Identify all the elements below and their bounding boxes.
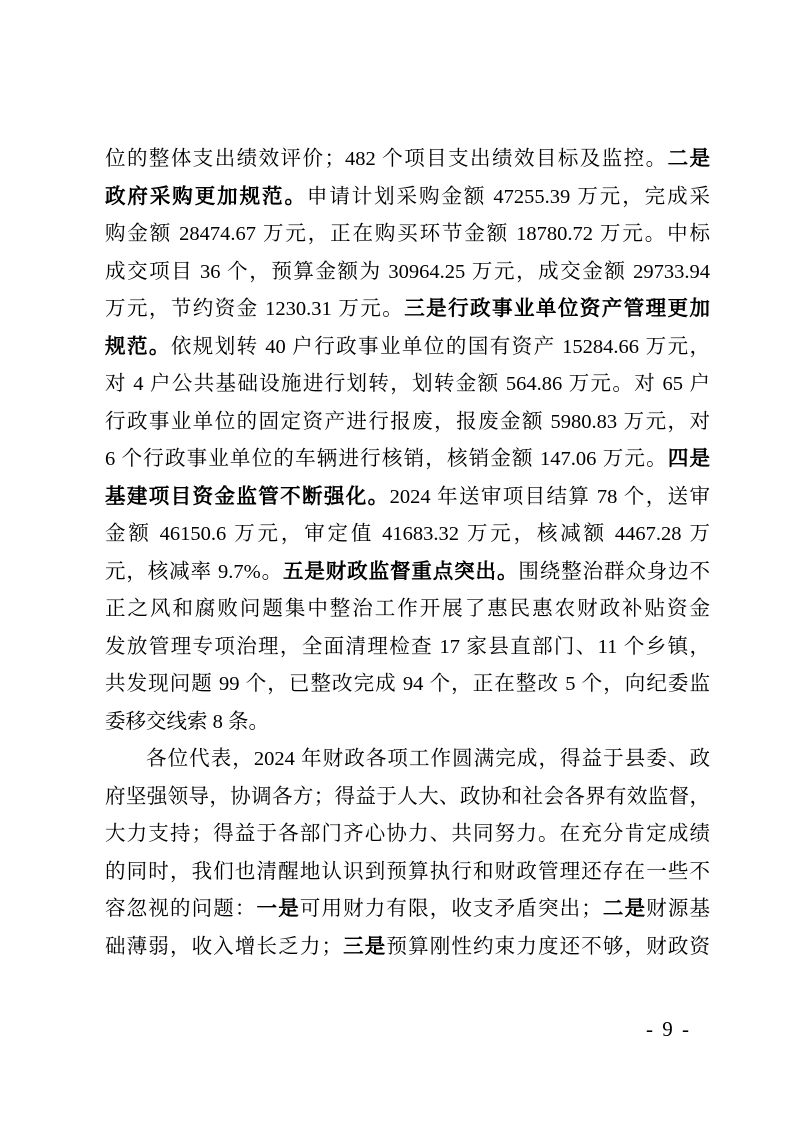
- text-line: 金额 46150.6 万元，审定值 41683.32 万元，核减额 4467.2…: [105, 516, 710, 554]
- bold-text-run: 四是: [668, 448, 710, 470]
- text-run: 成交项目 36 个，预算金额为 30964.25 万元，成交金额 29733.9…: [105, 261, 710, 283]
- text-run: 正之风和腐败问题集中整治工作开展了惠民惠农财政补贴资金: [105, 598, 710, 620]
- bold-text-run: 二是: [668, 148, 710, 170]
- text-line: 对 4 户公共基础设施进行划转，划转金额 564.86 万元。对 65 户: [105, 366, 710, 404]
- text-run: 行政事业单位的固定资产进行报废，报废金额 5980.83 万元，对: [105, 411, 710, 433]
- text-line: 位的整体支出绩效评价；482 个项目支出绩效目标及监控。二是: [105, 141, 710, 179]
- text-line: 的同时，我们也清醒地认识到预算执行和财政管理还存在一些不: [105, 854, 710, 892]
- bold-text-run: 政府采购更加规范。: [105, 186, 307, 208]
- bold-text-run: 二是: [602, 898, 646, 920]
- text-run: 位的整体支出绩效评价；482 个项目支出绩效目标及监控。: [105, 148, 668, 170]
- document-body: 位的整体支出绩效评价；482 个项目支出绩效目标及监控。二是政府采购更加规范。申…: [105, 141, 710, 966]
- text-run: 金额 46150.6 万元，审定值 41683.32 万元，核减额 4467.2…: [105, 523, 710, 545]
- text-run: 购金额 28474.67 万元，正在购买环节金额 18780.72 万元。中标: [105, 223, 710, 245]
- text-run: 对 4 户公共基础设施进行划转，划转金额 564.86 万元。对 65 户: [105, 373, 710, 395]
- text-run: 元，核减率 9.7%。: [105, 561, 283, 583]
- text-run: 6 个行政事业单位的车辆进行核销，核销金额 147.06 万元。: [105, 448, 668, 470]
- text-line: 共发现问题 99 个，已整改完成 94 个，正在整改 5 个，向纪委监: [105, 666, 710, 704]
- text-line: 基建项目资金监管不断强化。2024 年送审项目结算 78 个，送审: [105, 479, 710, 517]
- text-run: 预算刚性约束力度还不够，财政资: [386, 936, 710, 958]
- text-run: 可用财力有限，收支矛盾突出；: [300, 898, 602, 920]
- text-line: 购金额 28474.67 万元，正在购买环节金额 18780.72 万元。中标: [105, 216, 710, 254]
- text-line: 各位代表，2024 年财政各项工作圆满完成，得益于县委、政: [105, 741, 710, 779]
- text-run: 申请计划采购金额 47255.39 万元，完成采: [307, 186, 710, 208]
- text-line: 规范。依规划转 40 户行政事业单位的国有资产 15284.66 万元，: [105, 329, 710, 367]
- page-number: - 9 -: [646, 1014, 706, 1044]
- text-run: 围绕整治群众身边不: [518, 561, 710, 583]
- bold-text-run: 一是: [257, 898, 300, 920]
- bold-text-run: 三是: [342, 936, 386, 958]
- text-run: 府坚强领导，协调各方；得益于人大、政协和社会各界有效监督，: [105, 786, 710, 808]
- text-run: 各位代表，2024 年财政各项工作圆满完成，得益于县委、政: [146, 748, 710, 770]
- text-run: 万元，节约资金 1230.31 万元。: [105, 298, 404, 320]
- text-line: 元，核减率 9.7%。五是财政监督重点突出。围绕整治群众身边不: [105, 554, 710, 592]
- text-run: 的同时，我们也清醒地认识到预算执行和财政管理还存在一些不: [105, 861, 710, 883]
- bold-text-run: 规范。: [105, 336, 171, 358]
- bold-text-run: 三是行政事业单位资产管理更加: [404, 298, 710, 320]
- text-line: 行政事业单位的固定资产进行报废，报废金额 5980.83 万元，对: [105, 404, 710, 442]
- text-line: 6 个行政事业单位的车辆进行核销，核销金额 147.06 万元。四是: [105, 441, 710, 479]
- text-line: 成交项目 36 个，预算金额为 30964.25 万元，成交金额 29733.9…: [105, 254, 710, 292]
- text-run: 2024 年送审项目结算 78 个，送审: [390, 486, 710, 508]
- bold-text-run: 基建项目资金监管不断强化。: [105, 486, 390, 508]
- text-line: 发放管理专项治理，全面清理检查 17 家县直部门、11 个乡镇，: [105, 629, 710, 667]
- document-page: 位的整体支出绩效评价；482 个项目支出绩效目标及监控。二是政府采购更加规范。申…: [0, 0, 793, 1122]
- text-line: 委移交线索 8 条。: [105, 704, 710, 742]
- text-run: 容忽视的问题：: [105, 898, 257, 920]
- bold-text-run: 五是财政监督重点突出。: [283, 561, 518, 583]
- text-run: 委移交线索 8 条。: [105, 711, 269, 733]
- text-line: 大力支持；得益于各部门齐心协力、共同努力。在充分肯定成绩: [105, 816, 710, 854]
- text-line: 正之风和腐败问题集中整治工作开展了惠民惠农财政补贴资金: [105, 591, 710, 629]
- text-line: 府坚强领导，协调各方；得益于人大、政协和社会各界有效监督，: [105, 779, 710, 817]
- text-line: 容忽视的问题：一是可用财力有限，收支矛盾突出；二是财源基: [105, 891, 710, 929]
- text-run: 大力支持；得益于各部门齐心协力、共同努力。在充分肯定成绩: [105, 823, 710, 845]
- text-run: 共发现问题 99 个，已整改完成 94 个，正在整改 5 个，向纪委监: [105, 673, 710, 695]
- text-line: 政府采购更加规范。申请计划采购金额 47255.39 万元，完成采: [105, 179, 710, 217]
- text-run: 础薄弱，收入增长乏力；: [105, 936, 342, 958]
- text-line: 础薄弱，收入增长乏力；三是预算刚性约束力度还不够，财政资: [105, 929, 710, 967]
- text-run: 财源基: [646, 898, 710, 920]
- text-run: 依规划转 40 户行政事业单位的国有资产 15284.66 万元，: [171, 336, 710, 358]
- text-line: 万元，节约资金 1230.31 万元。三是行政事业单位资产管理更加: [105, 291, 710, 329]
- text-run: 发放管理专项治理，全面清理检查 17 家县直部门、11 个乡镇，: [105, 636, 710, 658]
